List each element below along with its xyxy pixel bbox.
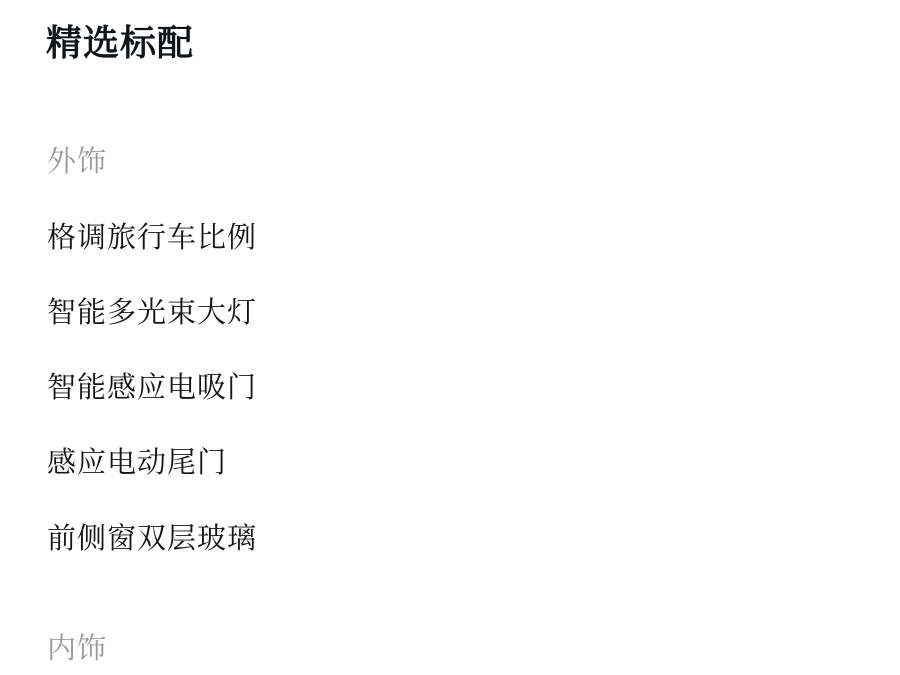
feature-item: 格调旅行车比例 xyxy=(47,219,257,255)
features-page: 精选标配 外饰 格调旅行车比例 智能多光束大灯 智能感应电吸门 感应电动尾门 前… xyxy=(0,0,900,675)
page-title: 精选标配 xyxy=(46,22,194,66)
section-label-exterior: 外饰 xyxy=(47,143,107,179)
feature-item: 感应电动尾门 xyxy=(47,444,227,480)
feature-item: 智能多光束大灯 xyxy=(47,294,257,330)
feature-item: 智能感应电吸门 xyxy=(47,369,257,405)
section-label-interior: 内饰 xyxy=(47,630,107,666)
feature-item: 前侧窗双层玻璃 xyxy=(47,520,257,556)
